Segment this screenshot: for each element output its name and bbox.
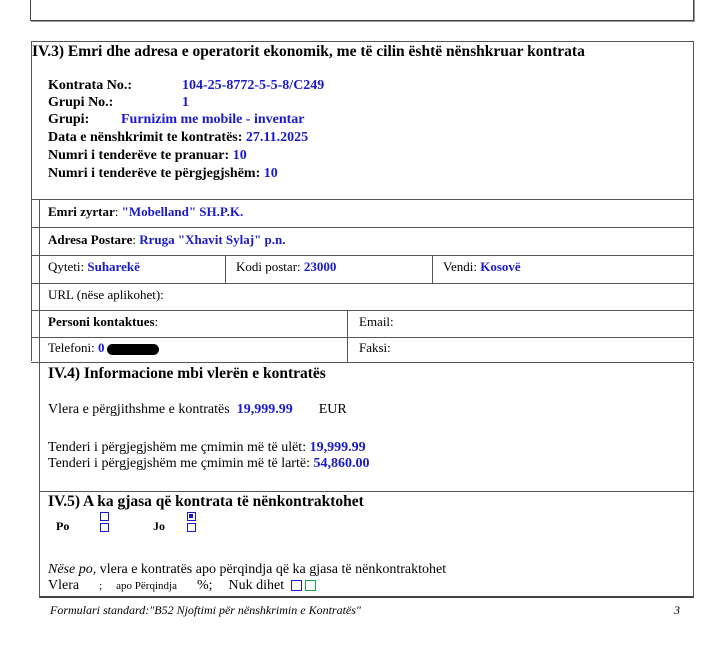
unknown-checkbox-alt[interactable]	[305, 580, 316, 591]
contact-person-cell: Personi kontaktues:	[48, 314, 158, 330]
no-checkbox-group	[187, 512, 196, 532]
section-iv5-title: IV.5) A ka gjasa që kontrata të nënkontr…	[48, 493, 364, 511]
tenders-responsive-label: Numri i tenderëve te përgjegjshëm:	[48, 166, 260, 181]
phone-cell: Telefoni: 0	[48, 340, 159, 356]
highest-label: Tenderi i përgjegjshëm me çmimin më të l…	[48, 456, 310, 471]
group-name: Furnizim me mobile - inventar	[121, 112, 305, 127]
sign-date: 27.11.2025	[246, 130, 308, 145]
value-label: Vlera	[48, 578, 79, 593]
city-cell: Qyteti: Suharekë	[48, 259, 140, 275]
city-label: Qyteti:	[48, 259, 84, 274]
postal-address-label: Adresa Postare	[48, 232, 132, 247]
if-yes-text: vlera e kontratës apo përqindja që ka gj…	[100, 562, 446, 577]
fax-label: Faksi:	[359, 340, 391, 356]
if-yes-italic: Nëse po,	[48, 562, 96, 577]
country-cell: Vendi: Kosovë	[443, 259, 521, 275]
tenders-received: 10	[233, 148, 247, 163]
footer-form-name: Formulari standard:"B52 Njoftimi për nën…	[50, 603, 361, 618]
email-label: Email:	[359, 314, 394, 330]
group-no-label: Grupi No.:	[48, 95, 182, 110]
contract-no-label: Kontrata No.:	[48, 77, 182, 95]
tenders-responsive: 10	[264, 166, 278, 181]
no-label: Jo	[153, 519, 165, 534]
total-value: 19,999.99	[237, 402, 293, 417]
official-name-row: Emri zyrtar: "Mobelland" SH.P.K.	[48, 204, 243, 220]
city: Suharekë	[87, 259, 140, 274]
if-yes-row: Nëse po, vlera e kontratës apo përqindja…	[48, 562, 446, 578]
postal-code: 23000	[304, 259, 337, 274]
postal-address-row: Adresa Postare: Rruga "Xhavit Sylaj" p.n…	[48, 232, 286, 248]
contract-details: Kontrata No.:104-25-8772-5-5-8/C249 Grup…	[48, 77, 324, 183]
contract-no: 104-25-8772-5-5-8/C249	[182, 78, 324, 93]
country-label: Vendi:	[443, 259, 477, 274]
unknown-label: Nuk dihet	[229, 578, 285, 593]
phone-prefix: 0	[98, 340, 105, 355]
page-number: 3	[674, 603, 680, 618]
section-iv4-title: IV.4) Informacione mbi vlerën e kontratë…	[48, 365, 326, 383]
redacted-phone	[107, 344, 159, 355]
yes-checkbox[interactable]	[100, 512, 109, 521]
sign-date-label: Data e nënshkrimit te kontratës:	[48, 130, 242, 145]
subcontract-value-row: Vlera;apo Përqindja%;Nuk dihet	[48, 578, 316, 594]
official-name: "Mobelland" SH.P.K.	[122, 204, 244, 219]
total-value-label: Vlera e përgjithshme e kontratës	[48, 402, 230, 417]
percent-suffix: %;	[197, 578, 213, 593]
official-name-label: Emri zyrtar	[48, 204, 115, 219]
postal-address: Rruga "Xhavit Sylaj" p.n.	[139, 232, 285, 247]
url-label: URL (nëse aplikohet):	[48, 287, 164, 303]
yes-checkbox-group	[100, 512, 109, 532]
unknown-checkbox[interactable]	[291, 580, 302, 591]
postal-code-cell: Kodi postar: 23000	[236, 259, 336, 275]
percent-label: apo Përqindja	[116, 580, 177, 592]
phone-label: Telefoni:	[48, 340, 95, 355]
yes-label: Po	[56, 519, 69, 534]
group-no: 1	[182, 95, 189, 110]
lowest-label: Tenderi i përgjegjshëm me çmimin më të u…	[48, 440, 306, 455]
postal-code-label: Kodi postar:	[236, 259, 301, 274]
country: Kosovë	[480, 259, 520, 274]
lowest-value: 19,999.99	[310, 440, 366, 455]
previous-section-box	[30, 0, 694, 21]
tender-range: Tenderi i përgjegjshëm me çmimin më të u…	[48, 440, 369, 472]
yes-checkbox-alt[interactable]	[100, 523, 109, 532]
tenders-received-label: Numri i tenderëve te pranuar:	[48, 148, 229, 163]
semicolon: ;	[99, 580, 102, 592]
no-checkbox-alt[interactable]	[187, 523, 196, 532]
no-checkbox-checked[interactable]	[187, 512, 196, 521]
contact-person-label: Personi kontaktues	[48, 314, 155, 329]
total-value-row: Vlera e përgjithshme e kontratës 19,999.…	[48, 402, 347, 418]
group-label: Grupi:	[48, 110, 121, 129]
section-iv3-title: IV.3) Emri dhe adresa e operatorit ekono…	[32, 43, 585, 61]
currency: EUR	[319, 402, 347, 417]
highest-value: 54,860.00	[313, 456, 369, 471]
